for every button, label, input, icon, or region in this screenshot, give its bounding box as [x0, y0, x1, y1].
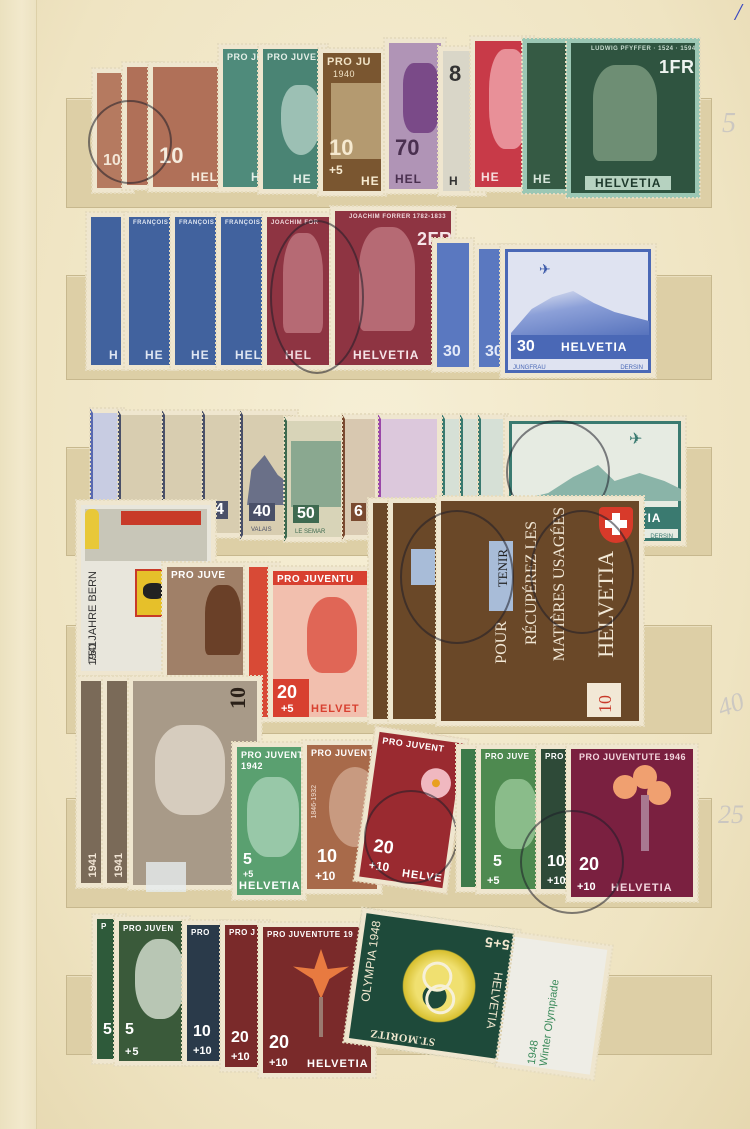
pen-mark: /	[735, 0, 742, 27]
banner	[121, 511, 201, 525]
knight-portrait	[593, 65, 657, 161]
stamp-forrer-red: JOACHIM FOR HEL	[262, 212, 334, 370]
stamp-pro-juventute-1942: PRO JUVENTUT 1942 5 +5 HELVETIA	[232, 742, 306, 900]
portrait	[283, 233, 323, 333]
lily-flower-icon	[293, 949, 349, 999]
stamp-pfyffer-1fr: LUDWIG PFYFFER · 1524 · 1594 1FR. HELVET…	[566, 38, 700, 198]
margin-note: 5	[722, 108, 736, 140]
tape-residue	[146, 862, 186, 892]
stamp-airmail-jungfrau: ✈ 30 HELVETIA JUNGFRAU DERSIN	[500, 244, 656, 378]
portrait	[205, 585, 241, 655]
woman-portrait	[307, 597, 357, 673]
flower-vignette	[403, 63, 439, 133]
stamp-70c: 70 HEL	[384, 38, 446, 194]
stamp-francois-blue: FRANÇOIS HE	[170, 212, 222, 370]
airplane-icon: ✈	[629, 429, 642, 449]
stamp-pro-juventute-brown: PRO JUVE	[162, 562, 248, 680]
portrait	[359, 227, 415, 331]
portrait	[247, 777, 299, 857]
portrait	[135, 939, 185, 1019]
stamp-pro-juventute-5c: PRO JUVEN 5 +5	[114, 916, 190, 1066]
airplane-icon: ✈	[539, 261, 551, 278]
stamp-pro-juventute-green-5c: PRO JUVE 5 +5	[476, 744, 544, 894]
tenir-box	[411, 549, 435, 585]
stamp-francois-blue: FRANÇOIS DE HE	[124, 212, 176, 370]
album-page-binding	[0, 0, 37, 1129]
stamp-chillon-10c: 10 HEL	[148, 62, 228, 192]
margin-note: 40	[714, 686, 749, 723]
portrait	[495, 779, 537, 849]
horse-vignette	[155, 725, 225, 815]
stamp-pro-juventute-1940: PRO JU 1940 10 +5 HE	[318, 48, 386, 196]
stamp-pro-juventute-1946: PRO JUVENTUTE 1946 20 +10 HELVETIA	[566, 744, 698, 902]
stamp-tab-winter-olympiade: Winter Olympiade 1948	[495, 932, 613, 1081]
stamp-airmail-30c: 30	[432, 238, 474, 372]
stamp-pro-juventute-20c: PRO JUVENTU 20 +5 HELVET	[268, 566, 372, 722]
rose-icon	[419, 766, 453, 800]
stamp-olympia-1948: OLYMPIA 1948 ST.MORITZ HELVETIA 5+5	[343, 908, 520, 1065]
portrait	[281, 85, 321, 155]
swiss-cross-icon	[599, 507, 633, 543]
margin-note: 25	[718, 800, 744, 830]
hand-icon	[85, 509, 99, 549]
stamp-le-sepey-50c: 50 LE SEMAR	[284, 416, 346, 542]
stamp-francois-blue: H	[86, 212, 126, 370]
cactus-flowers	[613, 775, 637, 799]
stamp-salvage-10c: TENIR POUR RÉCUPÉREZ LES MATIÈRES USAGÉE…	[436, 496, 644, 726]
